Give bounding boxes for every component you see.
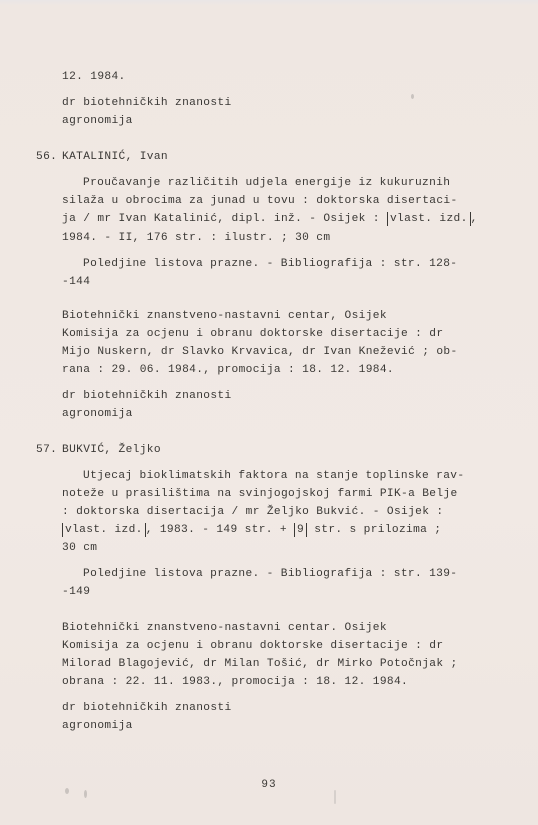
entry-57-institution-line: Komisija za ocjenu i obranu doktorske di… xyxy=(62,639,443,653)
entry-57-institution-line: Biotehnički znanstveno-nastavni centar. … xyxy=(62,621,387,635)
entry-56-degree: dr biotehničkih znanosti xyxy=(62,389,232,403)
entry-56-title-line: 1984. - II, 176 str. : ilustr. ; 30 cm xyxy=(62,231,330,245)
scan-speck xyxy=(65,788,69,794)
entry-57-author: BUKVIĆ, Željko xyxy=(62,443,161,457)
continuation-field: agronomija xyxy=(62,114,133,128)
entry-56-title-line: ja / mr Ivan Katalinić, dipl. inž. - Osi… xyxy=(62,212,478,226)
entry-56-notes-line: Poledjine listova prazne. - Bibliografij… xyxy=(83,257,457,271)
entry-57-institution-line: Milorad Blagojević, dr Milan Tošić, dr M… xyxy=(62,657,458,671)
entry-56-notes-line: -144 xyxy=(62,275,90,289)
entry-56-institution-line: Mijo Nuskern, dr Slavko Krvavica, dr Iva… xyxy=(62,345,458,359)
entry-57-notes-line: -149 xyxy=(62,585,90,599)
page-number: 93 xyxy=(0,779,538,791)
entry-56-institution-line: Biotehnički znanstveno-nastavni centar, … xyxy=(62,309,387,323)
entry-57-publisher-bracket: vlast. izd. xyxy=(62,523,146,537)
entry-56-after-bracket: , xyxy=(471,213,478,225)
entry-56-title-text: ja / mr Ivan Katalinić, dipl. inž. - Osi… xyxy=(62,213,387,225)
entry-56-number: 56. xyxy=(36,150,57,164)
scan-speck xyxy=(334,790,336,804)
entry-57-title-line: noteže u prasilištima na svinjogojskoj f… xyxy=(62,487,458,501)
entry-57-title-line: 30 cm xyxy=(62,541,97,555)
continuation-degree: dr biotehničkih znanosti xyxy=(62,96,232,110)
entry-57-pages-bracket: 9 xyxy=(294,523,307,537)
entry-56-field: agronomija xyxy=(62,407,133,421)
entry-57-number: 57. xyxy=(36,443,57,457)
scan-speck xyxy=(411,94,414,99)
scan-speck xyxy=(84,790,87,798)
entry-56-institution-line: rana : 29. 06. 1984., promocija : 18. 12… xyxy=(62,363,394,377)
entry-57-title-line: Utjecaj bioklimatskih faktora na stanje … xyxy=(83,469,464,483)
entry-57-title-line: : doktorska disertacija / mr Željko Bukv… xyxy=(62,505,443,519)
entry-57-title-line: vlast. izd., 1983. - 149 str. + 9 str. s… xyxy=(62,523,441,537)
continuation-date: 12. 1984. xyxy=(62,70,126,84)
entry-57-notes-line: Poledjine listova prazne. - Bibliografij… xyxy=(83,567,457,581)
entry-56-author: KATALINIĆ, Ivan xyxy=(62,150,168,164)
entry-57-field: agronomija xyxy=(62,719,133,733)
entry-57-after-pages: str. s prilozima ; xyxy=(307,524,441,536)
entry-56-title-line: Proučavanje različitih udjela energije i… xyxy=(83,176,450,190)
entry-56-publisher-bracket: vlast. izd. xyxy=(387,212,471,226)
scanned-page: 12. 1984. dr biotehničkih znanosti agron… xyxy=(0,0,538,825)
entry-56-title-line: silaža u obrocima za junad u tovu : dokt… xyxy=(62,194,458,208)
entry-57-after-bracket: , 1983. - 149 str. + xyxy=(146,524,294,536)
entry-56-institution-line: Komisija za ocjenu i obranu doktorske di… xyxy=(62,327,443,341)
entry-57-institution-line: obrana : 22. 11. 1983., promocija : 18. … xyxy=(62,675,408,689)
entry-57-degree: dr biotehničkih znanosti xyxy=(62,701,232,715)
